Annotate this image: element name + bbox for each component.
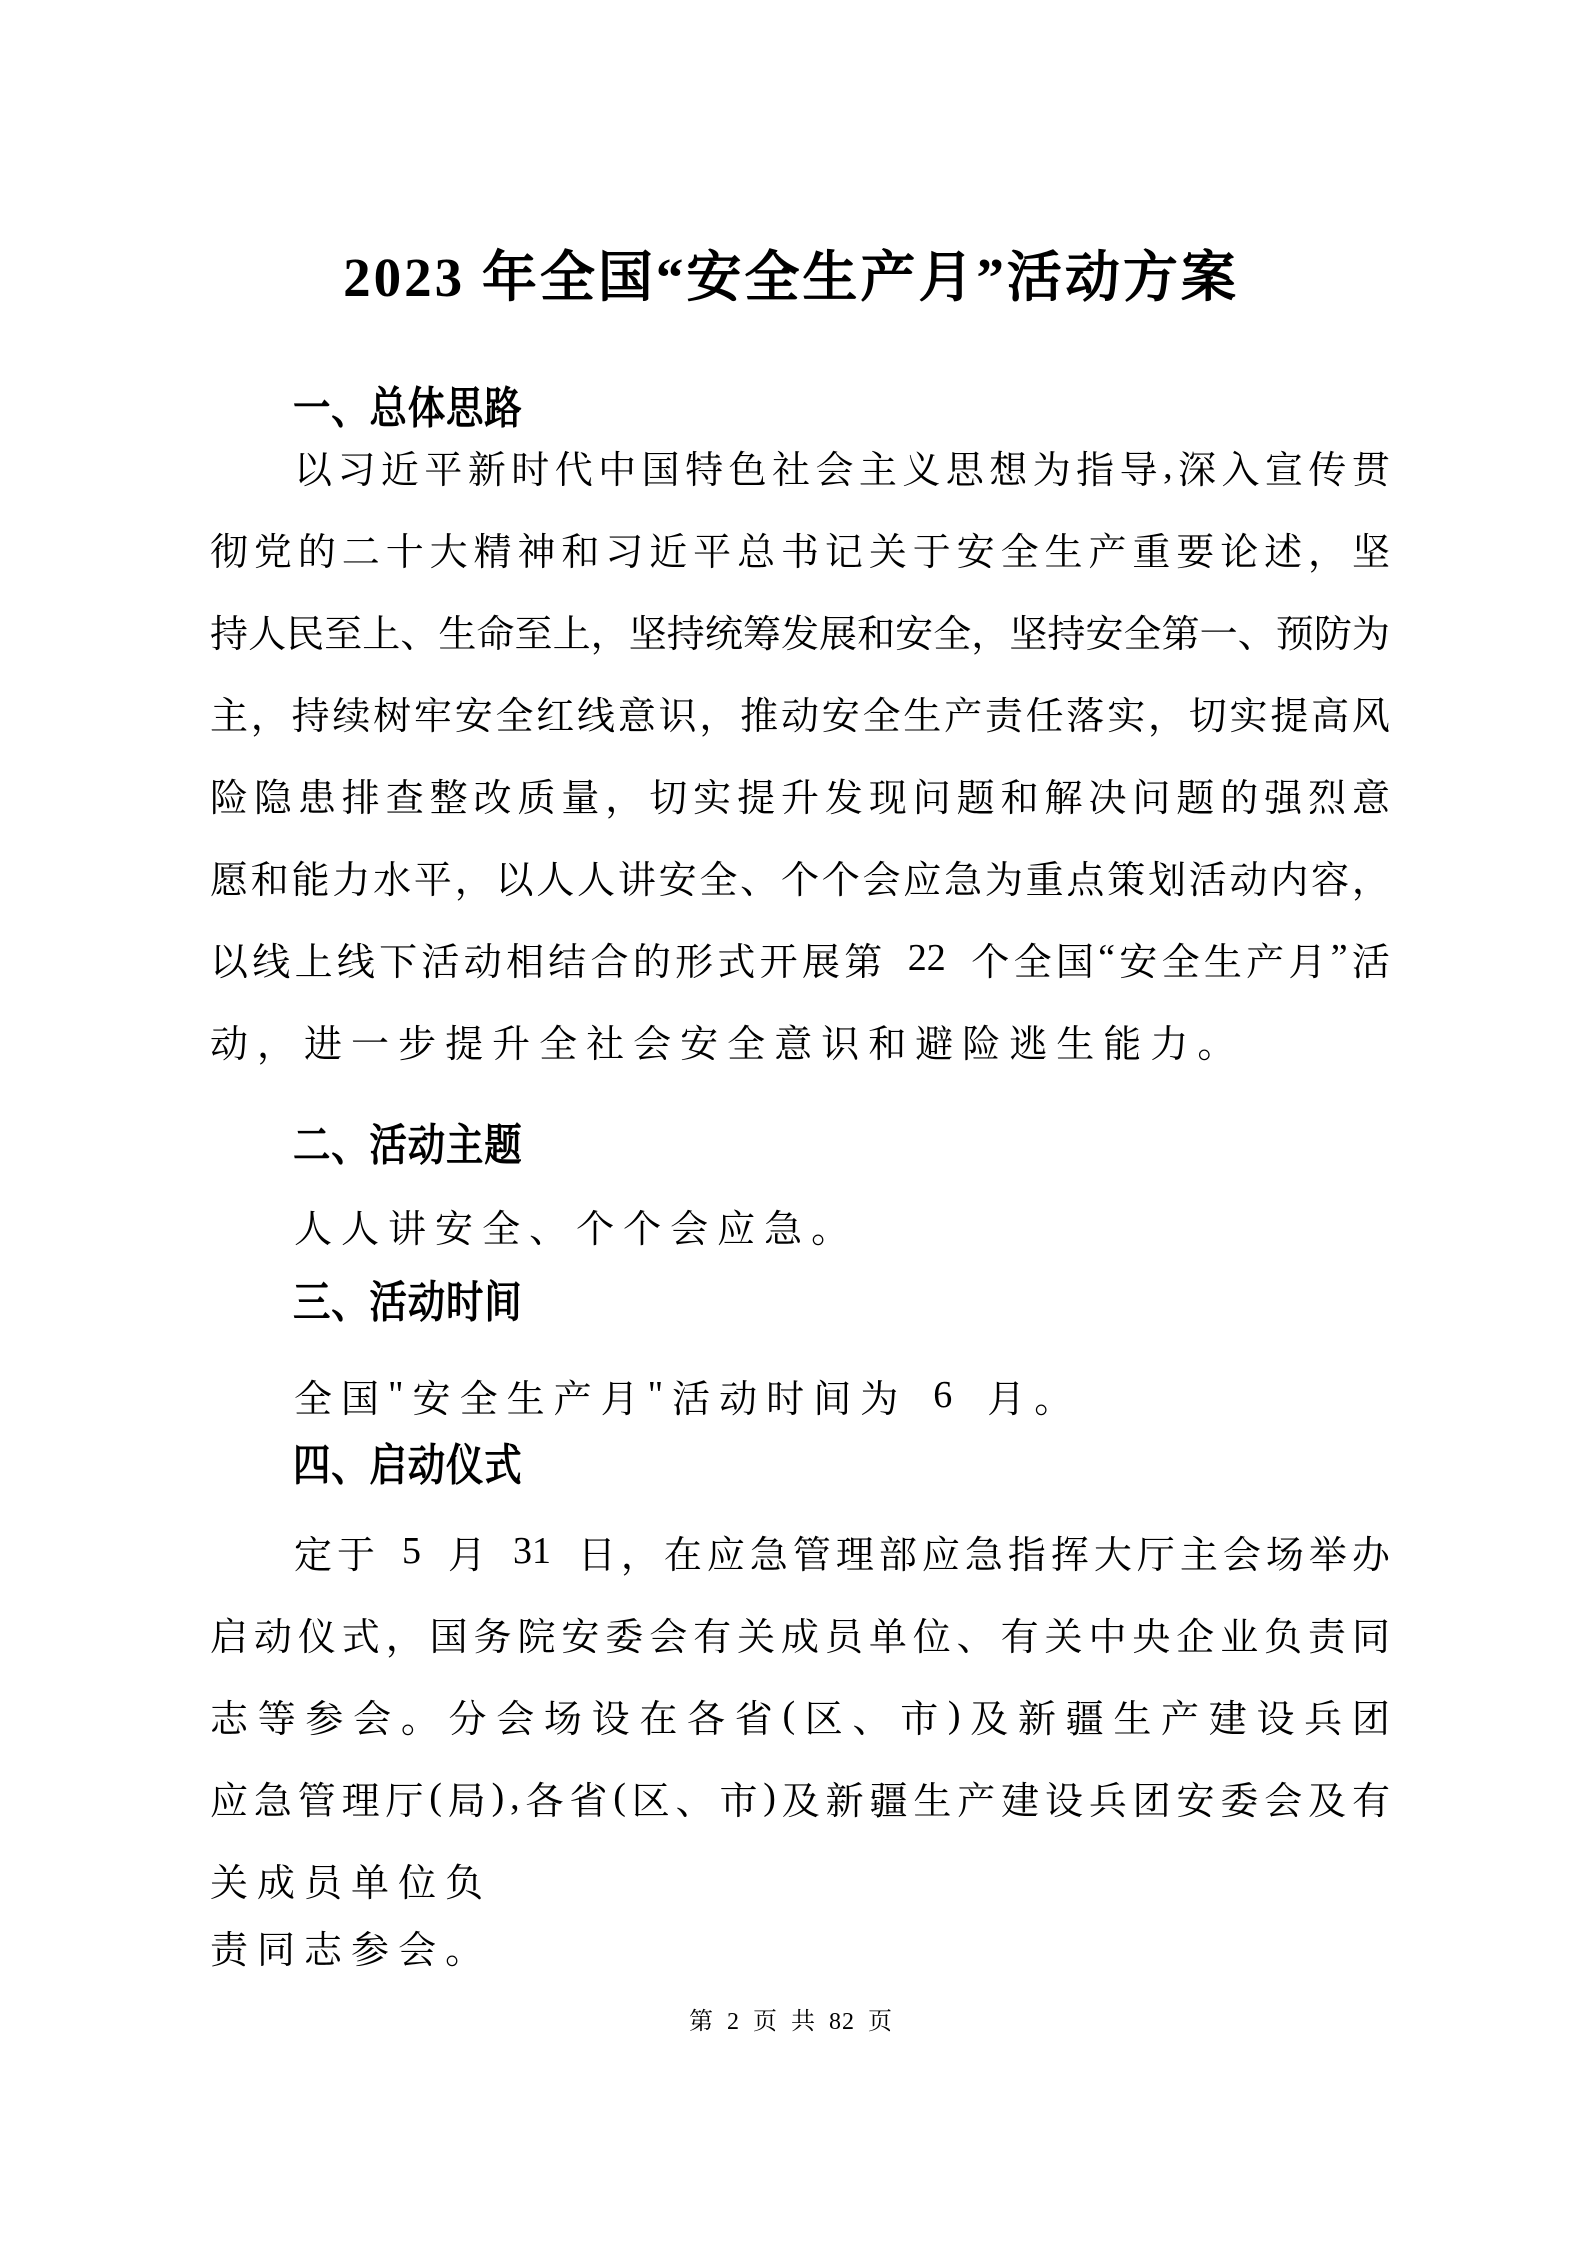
paragraph-line: 关成员单位负 — [210, 1848, 1390, 1910]
section-heading-2: 二、活动主题 — [293, 1123, 523, 1169]
page-footer: 第 2 页 共 82 页 — [0, 2002, 1582, 2042]
document-title: 2023 年全国“安全生产月”活动方案 — [0, 238, 1582, 318]
paragraph-line: 持人民至上、生命至上，坚持统筹发展和安全，坚持安全第一、预防为 — [210, 599, 1390, 661]
paragraph-line: 彻党的二十大精神和习近平总书记关于安全生产重要论述，坚 — [210, 517, 1390, 579]
paragraph-line: 定于5月31日，在应急管理部应急指挥大厅主会场举办 — [210, 1520, 1390, 1582]
paragraph-line: 志等参会。分会场设在各省(区、市)及新疆生产建设兵团 — [210, 1684, 1390, 1746]
document-page: 2023 年全国“安全生产月”活动方案 一、总体思路 以习近平新时代中国特色社会… — [0, 0, 1582, 2248]
paragraph-line: 人人讲安全、个个会应急。 — [210, 1194, 1390, 1256]
paragraph-line: 应急管理厅(局),各省(区、市)及新疆生产建设兵团安委会及有 — [210, 1766, 1390, 1828]
paragraph-line: 启动仪式，国务院安委会有关成员单位、有关中央企业负责同 — [210, 1602, 1390, 1664]
paragraph-line: 以习近平新时代中国特色社会主义思想为指导,深入宣传贯 — [210, 435, 1390, 497]
paragraph-line: 主，持续树牢安全红线意识，推动安全生产责任落实，切实提高风 — [210, 681, 1390, 743]
section-heading-1: 一、总体思路 — [293, 386, 523, 432]
paragraph-line: 责同志参会。 — [210, 1915, 1390, 1977]
section-heading-4: 四、启动仪式 — [293, 1443, 523, 1489]
paragraph-line: 动，进一步提升全社会安全意识和避险逃生能力。 — [210, 1009, 1390, 1071]
paragraph-line: 愿和能力水平，以人人讲安全、个个会应急为重点策划活动内容， — [210, 845, 1390, 907]
paragraph-line: 以线上线下活动相结合的形式开展第22个全国“安全生产月”活 — [210, 927, 1390, 989]
paragraph-line: 全国"安全生产月"活动时间为6月。 — [210, 1364, 1390, 1426]
section-heading-3: 三、活动时间 — [293, 1280, 523, 1326]
paragraph-line: 险隐患排查整改质量，切实提升发现问题和解决问题的强烈意 — [210, 763, 1390, 825]
